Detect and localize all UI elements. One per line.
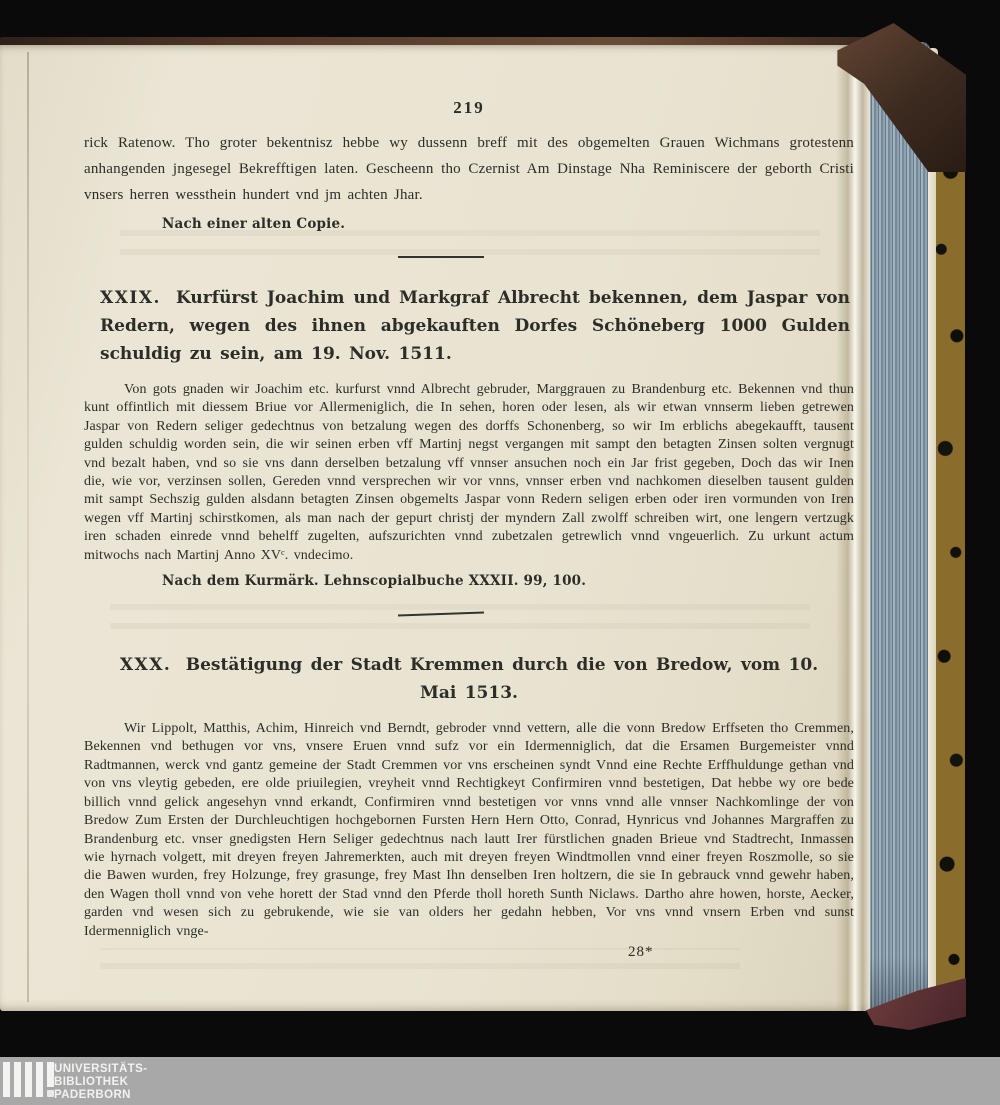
library-logo-icon bbox=[3, 1062, 54, 1097]
intro-paragraph: rick Ratenow. Tho groter bekentnisz hebb… bbox=[84, 130, 854, 208]
book-fore-edge-pages bbox=[870, 42, 930, 1016]
logo-bar bbox=[3, 1062, 10, 1097]
section-number: XXIX. bbox=[100, 288, 167, 308]
signature-mark: 28* bbox=[84, 944, 854, 961]
section-body-xxx: Wir Lippolt, Matthis, Achim, Hinreich vn… bbox=[84, 720, 854, 941]
marbled-cover-edge bbox=[936, 128, 965, 994]
section-title: Kurfürst Joachim und Markgraf Albrecht b… bbox=[100, 288, 850, 364]
section-title: Bestätigung der Stadt Kremmen durch die … bbox=[186, 655, 818, 703]
page-number: 219 bbox=[84, 98, 854, 118]
library-name-line: PADERBORN bbox=[54, 1089, 147, 1102]
page-content: 219 rick Ratenow. Tho groter bekentnisz … bbox=[84, 98, 854, 961]
logo-bar bbox=[36, 1062, 43, 1097]
section-number: XXX. bbox=[120, 655, 178, 675]
section-separator bbox=[398, 256, 484, 258]
library-name-line: UNIVERSITÄTS- bbox=[54, 1063, 147, 1076]
library-name-line: BIBLIOTHEK bbox=[54, 1076, 147, 1089]
section-body-xxix: Von gots gnaden wir Joachim etc. kurfurs… bbox=[84, 381, 854, 565]
section-heading-xxix: XXIX. Kurfürst Joachim und Markgraf Albr… bbox=[84, 284, 854, 368]
library-name: UNIVERSITÄTS- BIBLIOTHEK PADERBORN bbox=[54, 1063, 147, 1102]
source-note-xxix: Nach dem Kurmärk. Lehnscopialbuche XXXII… bbox=[162, 573, 854, 589]
logo-dot bbox=[47, 1090, 54, 1097]
source-note-intro: Nach einer alten Copie. bbox=[162, 216, 854, 232]
logo-exclamation bbox=[47, 1062, 54, 1097]
page-crease bbox=[27, 52, 29, 1002]
section-separator bbox=[398, 612, 484, 617]
scanned-book-photo: 219 rick Ratenow. Tho groter bekentnisz … bbox=[0, 0, 1000, 1105]
logo-bar bbox=[47, 1062, 54, 1087]
logo-bar bbox=[14, 1062, 21, 1097]
logo-bar bbox=[25, 1062, 32, 1097]
section-heading-xxx: XXX. Bestätigung der Stadt Kremmen durch… bbox=[84, 651, 854, 707]
library-watermark-bar: UNIVERSITÄTS- BIBLIOTHEK PADERBORN bbox=[0, 1057, 1000, 1105]
